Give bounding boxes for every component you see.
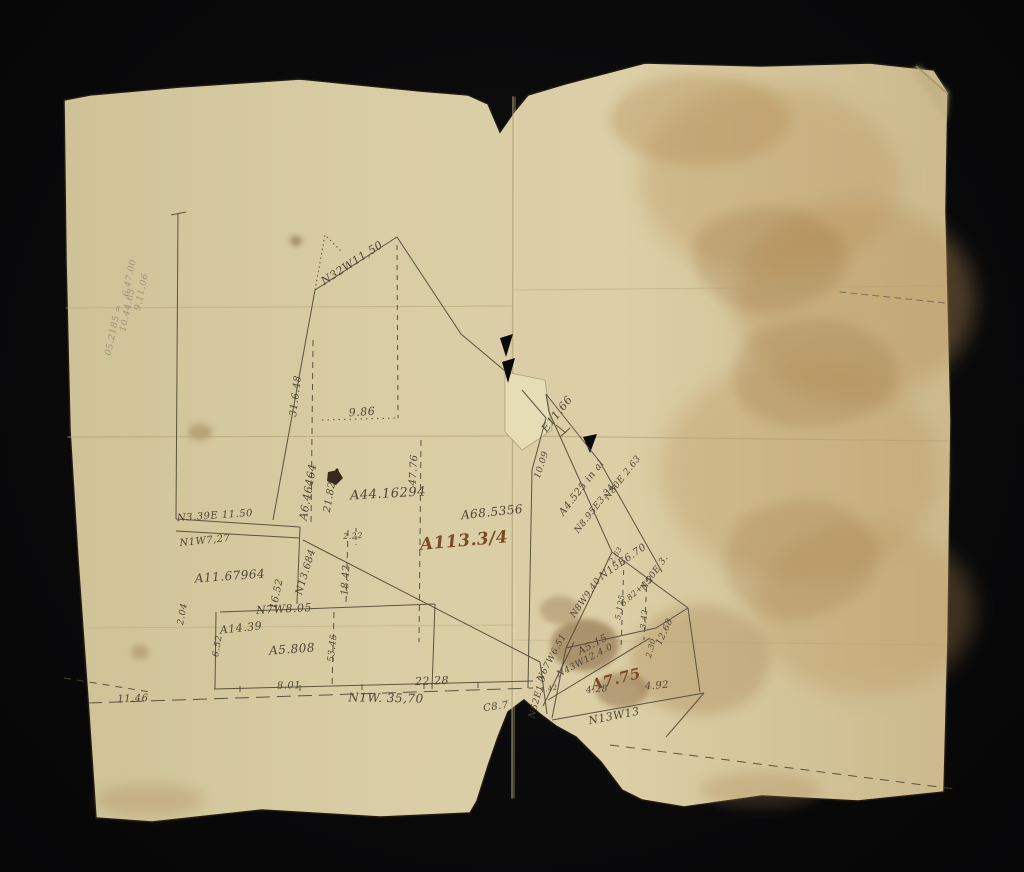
survey-plat-paper: [0, 0, 1024, 872]
photo-backdrop: N32W11,509.8631.6.48A6.4646421.82A44.162…: [0, 0, 1024, 872]
